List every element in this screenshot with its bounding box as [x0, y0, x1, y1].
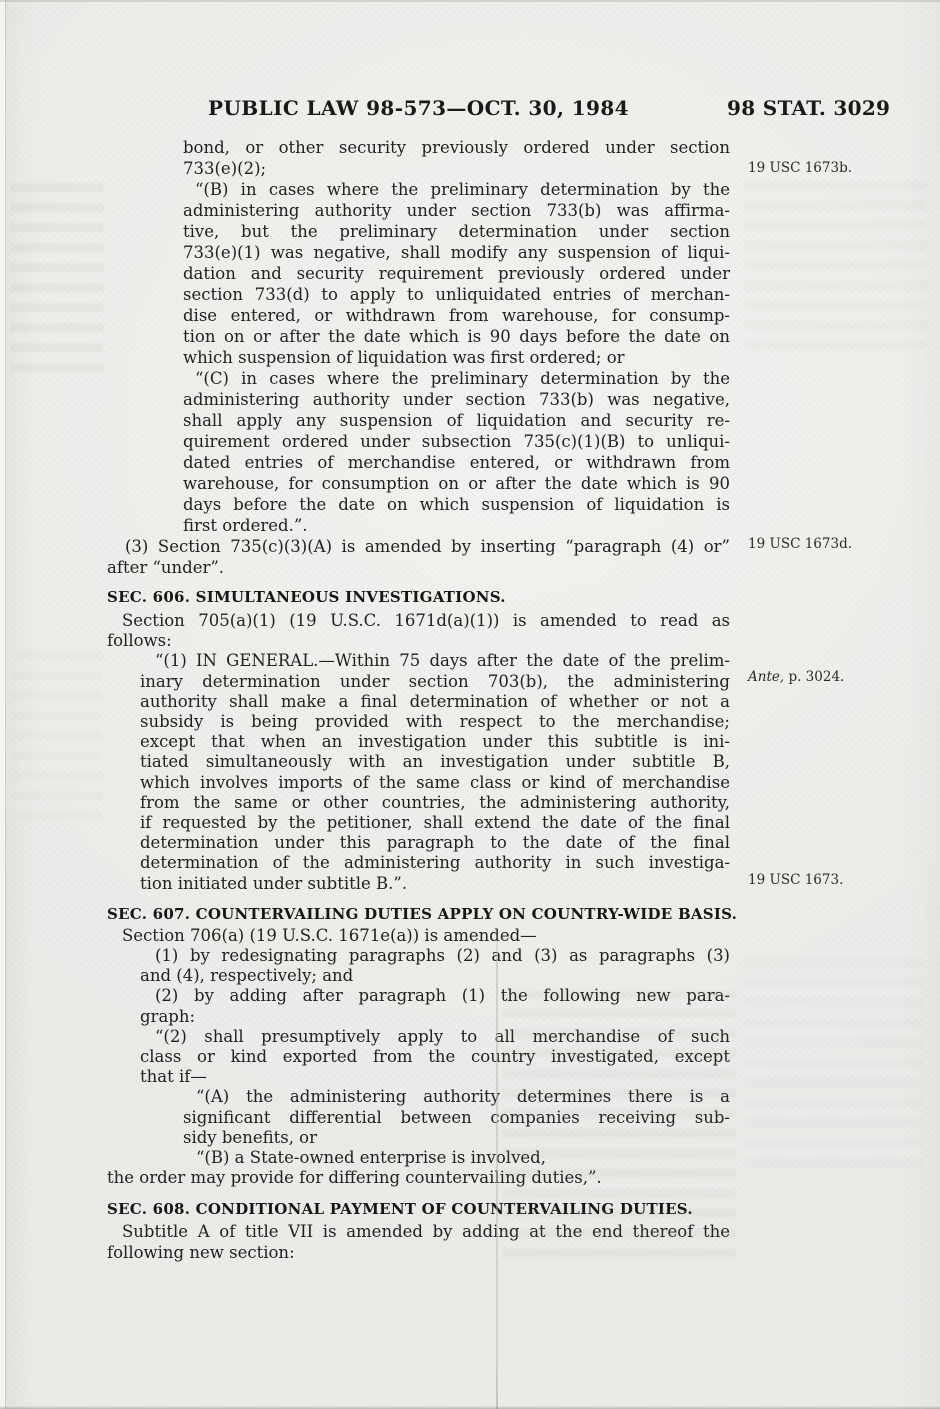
- body-text-column: bond, or other security previously order…: [107, 137, 730, 1263]
- section-606-intro: Section 705(a)(1) (19 U.S.C. 1671d(a)(1)…: [107, 611, 730, 651]
- text-line: subsidy is being provided with respect t…: [140, 712, 730, 732]
- text-line: shall apply any suspension of liquidatio…: [183, 410, 730, 431]
- text-line: dated entries of merchandise entered, or…: [183, 452, 730, 473]
- text-line: tive, but the preliminary determination …: [183, 221, 730, 242]
- text-line: from the same or other countries, the ad…: [140, 793, 730, 813]
- section-606-heading: SEC. 606. SIMULTANEOUS INVESTIGATIONS.: [107, 586, 730, 608]
- paragraph-subparagraph-B: “(B) in cases where the preliminary dete…: [183, 179, 730, 368]
- paragraph-continuation-bond: bond, or other security previously order…: [183, 137, 730, 179]
- section-607-item-2: (2) by adding after paragraph (1) the fo…: [140, 986, 730, 1026]
- text-line: inary determination under section 703(b)…: [140, 672, 730, 692]
- section-606-paragraph-1-in-general: “(1) IN GENERAL.—Within 75 days after th…: [140, 651, 730, 893]
- text-line: “(1) IN GENERAL.—Within 75 days after th…: [140, 651, 730, 671]
- text-line: 733(e)(2);: [183, 158, 730, 179]
- text-line: authority shall make a final determinati…: [140, 692, 730, 712]
- text-line: Section 705(a)(1) (19 U.S.C. 1671d(a)(1)…: [107, 611, 730, 631]
- section-607-subparagraph-B: “(B) a State-owned enterprise is involve…: [183, 1148, 730, 1168]
- text-line: sidy benefits, or: [183, 1128, 730, 1148]
- text-line: first ordered.”.: [183, 515, 730, 536]
- text-line: Subtitle A of title VII is amended by ad…: [107, 1222, 730, 1242]
- text-line: bond, or other security previously order…: [183, 137, 730, 158]
- text-line: except that when an investigation under …: [140, 732, 730, 752]
- text-line: “(2) shall presumptively apply to all me…: [140, 1027, 730, 1047]
- section-608-heading: SEC. 608. CONDITIONAL PAYMENT OF COUNTER…: [107, 1198, 730, 1220]
- text-line: “(C) in cases where the preliminary dete…: [183, 368, 730, 389]
- text-line: (3) Section 735(c)(3)(A) is amended by i…: [107, 536, 730, 557]
- section-607-paragraph-2: “(2) shall presumptively apply to all me…: [140, 1027, 730, 1088]
- text-line: section 733(d) to apply to unliquidated …: [183, 284, 730, 305]
- bleedthrough-ghost-left-middle: [12, 650, 102, 820]
- margin-note-ante-p-3024: Ante, p. 3024.: [748, 669, 883, 685]
- section-607-intro: Section 706(a) (19 U.S.C. 1671e(a)) is a…: [107, 926, 730, 946]
- section-608-intro: Subtitle A of title VII is amended by ad…: [107, 1222, 730, 1262]
- section-607-closing-clause: the order may provide for differing coun…: [107, 1168, 730, 1188]
- section-607-heading: SEC. 607. COUNTERVAILING DUTIES APPLY ON…: [107, 903, 730, 925]
- text-line: tion initiated under subtitle B.”.: [140, 874, 730, 894]
- bleedthrough-ghost-right-lower: [744, 952, 924, 1167]
- margin-note-italic-ante: Ante,: [748, 669, 784, 685]
- text-line: dise entered, or withdrawn from warehous…: [183, 305, 730, 326]
- text-line: administering authority under section 73…: [183, 200, 730, 221]
- text-line: days before the date on which suspension…: [183, 494, 730, 515]
- text-line: and (4), respectively; and: [140, 966, 730, 986]
- text-line: “(A) the administering authority determi…: [183, 1087, 730, 1107]
- text-line: tion on or after the date which is 90 da…: [183, 326, 730, 347]
- text-line: if requested by the petitioner, shall ex…: [140, 813, 730, 833]
- margin-note-page-ref: p. 3024.: [784, 669, 844, 685]
- text-line: determination under this paragraph to th…: [140, 833, 730, 853]
- page-header-stat-number: 98 STAT. 3029: [727, 96, 873, 120]
- text-line: “(B) in cases where the preliminary dete…: [183, 179, 730, 200]
- text-line: after “under”.: [107, 557, 730, 578]
- text-line: administering authority under section 73…: [183, 389, 730, 410]
- page-header-law-title: PUBLIC LAW 98-573—OCT. 30, 1984: [107, 96, 730, 120]
- text-line: class or kind exported from the country …: [140, 1047, 730, 1067]
- margin-note-19-usc-1673b: 19 USC 1673b.: [748, 160, 883, 176]
- text-line: that if—: [140, 1067, 730, 1087]
- bleedthrough-ghost-left-upper: [10, 172, 104, 372]
- paragraph-item-3: (3) Section 735(c)(3)(A) is amended by i…: [107, 536, 730, 578]
- text-line: which involves imports of the same class…: [140, 773, 730, 793]
- text-line: “(B) a State-owned enterprise is involve…: [183, 1148, 730, 1168]
- text-line: warehouse, for consumption on or after t…: [183, 473, 730, 494]
- section-607-item-1: (1) by redesignating paragraphs (2) and …: [140, 946, 730, 986]
- text-line: determination of the administering autho…: [140, 853, 730, 873]
- text-line: significant differential between compani…: [183, 1108, 730, 1128]
- paragraph-subparagraph-C: “(C) in cases where the preliminary dete…: [183, 368, 730, 536]
- text-line: 733(e)(1) was negative, shall modify any…: [183, 242, 730, 263]
- scan-top-edge-shadow: [0, 0, 940, 2]
- statute-scan-page: PUBLIC LAW 98-573—OCT. 30, 1984 98 STAT.…: [0, 0, 940, 1409]
- text-line: which suspension of liquidation was firs…: [183, 347, 730, 368]
- text-line: follows:: [107, 631, 730, 651]
- text-line: Section 706(a) (19 U.S.C. 1671e(a)) is a…: [107, 926, 730, 946]
- text-line: quirement ordered under subsection 735(c…: [183, 431, 730, 452]
- scan-left-edge-line: [5, 0, 6, 1409]
- page-fold-line: [496, 926, 498, 1409]
- bleedthrough-ghost-right-upper: [744, 182, 926, 350]
- margin-note-19-usc-1673: 19 USC 1673.: [748, 872, 883, 888]
- text-line: dation and security requirement previous…: [183, 263, 730, 284]
- text-line: tiated simultaneously with an investigat…: [140, 752, 730, 772]
- text-line: (2) by adding after paragraph (1) the fo…: [140, 986, 730, 1006]
- section-607-subparagraph-A: “(A) the administering authority determi…: [183, 1087, 730, 1148]
- margin-note-19-usc-1673d: 19 USC 1673d.: [748, 536, 883, 552]
- text-line: following new section:: [107, 1243, 730, 1263]
- text-line: (1) by redesignating paragraphs (2) and …: [140, 946, 730, 966]
- text-line: graph:: [140, 1007, 730, 1027]
- text-line: the order may provide for differing coun…: [107, 1168, 730, 1188]
